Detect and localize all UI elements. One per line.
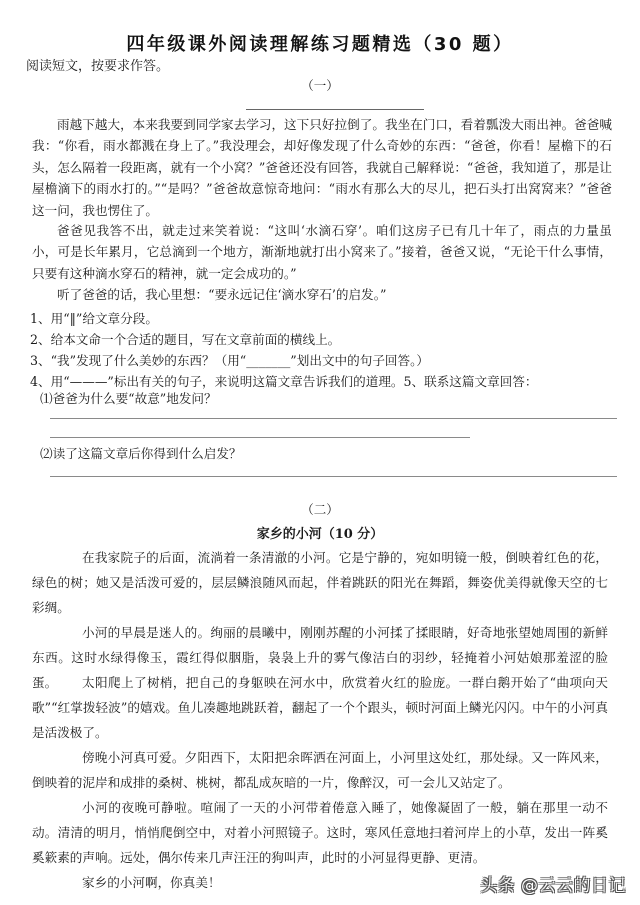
section-1-paragraph: 听了爸爸的话，我心里想：“要永远记住‘滴水穿石’的启发。” <box>32 284 612 305</box>
section-2-paragraph: 傍晚小河真可爱。夕阳西下，太阳把余晖洒在河面上，小河里这处红，那处绿。又一阵风来… <box>32 745 608 795</box>
answer-line[interactable] <box>50 437 470 438</box>
section-2-paragraph: 太阳爬上了树梢，把自己的身躯映在河水中，欣赏着火红的脸庞。一群白鹅开始了“曲项向… <box>32 670 608 745</box>
question-3: 3、“我”发现了什么美妙的东西？（用“_______”划出文中的句子回答。） <box>30 350 429 369</box>
page-title: 四年级课外阅读理解练习题精选（30 题） <box>0 30 640 56</box>
sub-question-1: ⑴爸爸为什么要“故意”地发问？ <box>40 388 217 407</box>
section-1-paragraph: 爸爸见我答不出，就走过来笑着说：“这叫‘水滴石穿’。咱们这房子已有几十年了，雨点… <box>32 220 612 284</box>
sub-question-2: ⑵读了这篇文章后你得到什么启发？ <box>40 443 242 462</box>
section-2-paragraph: 在我家院子的后面，流淌着一条清澈的小河。它是宁静的，宛如明镜一般，倒映着红色的花… <box>32 545 608 620</box>
answer-line[interactable] <box>50 476 617 477</box>
title-blank-line <box>246 109 424 110</box>
section-1-paragraph: 雨越下越大，本来我要到同学家去学习，这下只好拉倒了。我坐在门口，看着瓢泼大雨出神… <box>32 114 612 221</box>
question-2: 2、给本文命一个合适的题目，写在文章前面的横线上。 <box>30 329 340 348</box>
watermark: 头条 @云云的日记 <box>480 871 626 896</box>
instruction: 阅读短文，按要求作答。 <box>26 55 169 74</box>
question-1: 1、用“‖”给文章分段。 <box>30 308 158 327</box>
section-2-label: （二） <box>0 500 640 518</box>
section-2-paragraph: 小河的夜晚可静啦。喧闹了一天的小河带着倦意入睡了，她像凝固了一般，躺在那里一动不… <box>32 795 608 870</box>
answer-line[interactable] <box>50 418 617 419</box>
section-1-label: （一） <box>0 76 640 94</box>
story-title: 家乡的小河（10 分） <box>0 523 640 542</box>
